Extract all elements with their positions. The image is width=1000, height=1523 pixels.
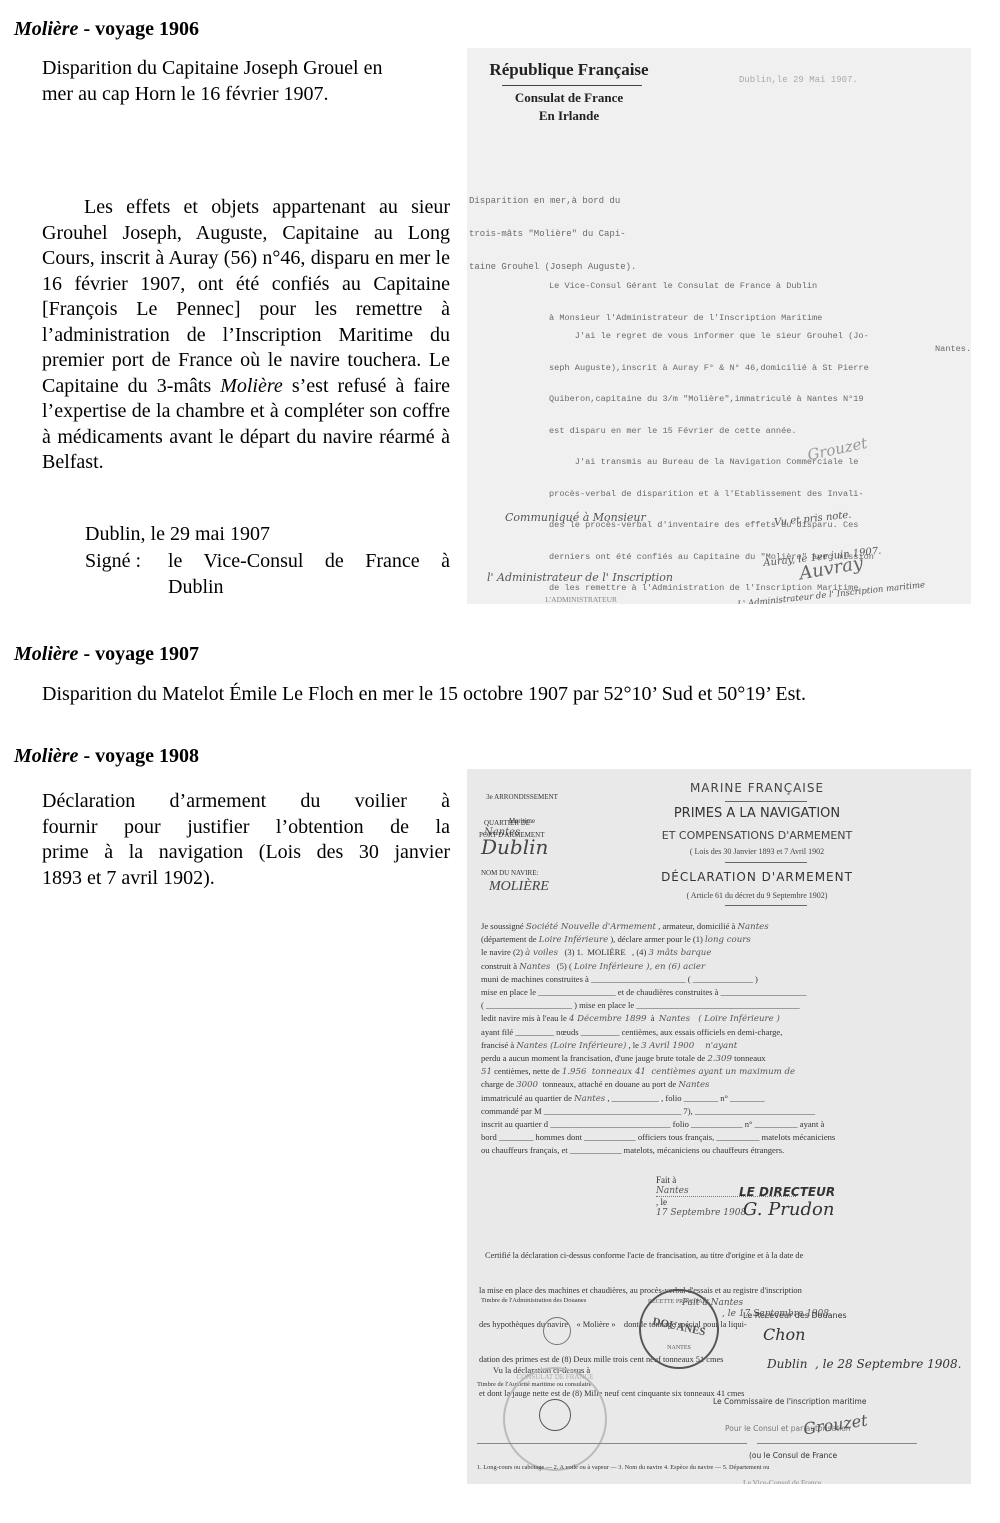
- summary-line: Disparition du Capitaine Joseph Grouel e…: [42, 56, 452, 82]
- form-handwritten-value: Loire Inférieure ), en (6) acier: [574, 962, 705, 972]
- form-printed-text: ou chauffeurs français, et ____________ …: [481, 1145, 784, 1155]
- voyage-label: - voyage 1908: [78, 745, 199, 767]
- form-line: ledit navire mis à l'eau le 4 Décembre 1…: [481, 1013, 957, 1024]
- form-title-primes: PRIMES A LA NAVIGATION: [617, 806, 897, 821]
- voyage-label: - voyage 1906: [78, 18, 199, 40]
- body-text: Les effets et objets appartenant au sieu…: [42, 196, 450, 397]
- form-decree: ( Article 61 du décret du 9 Septembre 19…: [617, 891, 897, 900]
- form-line: le navire (2) à voiles (3) 1. MOLIÈRE , …: [481, 947, 957, 958]
- summary-line: fournir pour justifier l’obtention de la: [42, 815, 450, 841]
- form-printed-text: francisé à: [481, 1040, 516, 1050]
- letterhead-title: République Française: [479, 60, 659, 80]
- section-title-1907: Molière - voyage 1907: [14, 642, 199, 666]
- ship-name: Molière: [14, 643, 78, 665]
- section-title-1908: Molière - voyage 1908: [14, 744, 199, 768]
- footnote-line: 1. Long-cours ou cabotage — 2. A voile o…: [477, 1464, 769, 1472]
- fait-le-value: 17 Septembre 1908: [656, 1208, 746, 1218]
- annotation-line: L' Administrateur de l' Inscription mari…: [737, 577, 948, 604]
- consular-letter-image: République Française Consulat de France …: [467, 48, 971, 604]
- fait-a-label: Fait à: [656, 1175, 676, 1185]
- stamp-text: CONSULAT DE FRANCE: [505, 1373, 605, 1381]
- form-handwritten-value: Nantes: [678, 1080, 709, 1090]
- administrator-stamp: L'ADMINISTRATEUR DE L'INSCRIPTION MARITI…: [529, 577, 633, 604]
- ship-value: MOLIÈRE: [489, 879, 549, 895]
- form-printed-text: construit à: [481, 961, 519, 971]
- form-handwritten-value: Nantes ( Loire Inférieure ): [659, 1014, 780, 1024]
- summary-line: Déclaration d’armement du voilier à: [42, 789, 450, 815]
- form-printed-text: tonneaux, attaché en douane au port de: [538, 1079, 678, 1089]
- ship-name-inline: Molière: [220, 375, 283, 397]
- title-rule: [725, 862, 807, 863]
- body-1906: Les effets et objets appartenant au sieu…: [42, 195, 450, 476]
- form-line: Je soussigné Société Nouvelle d'Armement…: [481, 921, 957, 932]
- ship-name: Molière: [14, 745, 78, 767]
- form-line: ayant filé _________ nœuds _________ cen…: [481, 1027, 957, 1037]
- annotation-line: Vu et pris note.: [729, 499, 940, 534]
- footnotes: 1. Long-cours ou cabotage — 2. A voile o…: [477, 1448, 769, 1484]
- form-line: mise en place le __________________ et d…: [481, 987, 957, 997]
- form-line: muni de machines construites à _________…: [481, 974, 957, 984]
- form-printed-text: , ___________ , folio ________ n° ______…: [605, 1093, 764, 1103]
- port-value: Dublin: [481, 835, 548, 859]
- form-printed-text: à: [646, 1013, 658, 1023]
- stamp-line: L'ADMINISTRATEUR: [529, 595, 633, 604]
- form-handwritten-value: 51: [481, 1067, 492, 1077]
- form-printed-text: __________________ et de chaudières cons…: [538, 987, 806, 997]
- customs-stamp-label: Timbre de l'Administration des Douanes: [481, 1297, 586, 1304]
- customs-round-stamp: RECETTE PRINCIPALE DOUANES NANTES: [639, 1289, 719, 1369]
- form-printed-text: centièmes, nette de: [492, 1066, 562, 1076]
- fait-le-label: , le: [656, 1197, 667, 1207]
- form-handwritten-value: à voiles: [525, 948, 558, 958]
- body-line: est disparu en mer le 15 Février de cett…: [549, 426, 874, 437]
- arrondissement-label: 3e ARRONDISSEMENT: [477, 793, 567, 801]
- subject-line: trois-mâts "Molière" du Capi-: [469, 229, 636, 240]
- title-rule: [725, 801, 807, 802]
- signed-text: le Vice-Consul de France à: [168, 549, 450, 575]
- commissaire-line: Le Commissaire de l'inscription maritime: [713, 1397, 866, 1406]
- body-line: J'ai le regret de vous informer que le s…: [549, 331, 874, 342]
- form-printed-text: ayant filé _________ nœuds _________ cen…: [481, 1027, 782, 1037]
- section-title-1906: Molière - voyage 1906: [14, 17, 199, 41]
- form-printed-text: tonneaux: [732, 1053, 766, 1063]
- subject-line: Disparition en mer,à bord du: [469, 196, 636, 207]
- form-line: immatriculé au quartier de Nantes , ____…: [481, 1093, 957, 1104]
- form-line: charge de 3000 tonneaux, attaché en doua…: [481, 1079, 957, 1090]
- body-line: Quiberon,capitaine du 3/m "Molière",imma…: [549, 394, 874, 405]
- form-printed-text: muni de machines construites à: [481, 974, 591, 984]
- form-handwritten-value: Nantes: [574, 1094, 605, 1104]
- form-line: ( ____________________ ) mise en place l…: [481, 1000, 957, 1010]
- summary-1908: Déclaration d’armement du voilier à four…: [42, 789, 450, 891]
- vu-place: Dublin: [767, 1357, 807, 1371]
- form-printed-text: commandé par M _________________________…: [481, 1106, 815, 1116]
- form-handwritten-value: Loire Inférieure: [539, 935, 608, 945]
- form-printed-text: bord ________ hommes dont ____________ o…: [481, 1132, 835, 1142]
- form-line: 51 centièmes, nette de 1.956 tonneaux 41…: [481, 1066, 957, 1077]
- form-printed-text: perdu a aucun moment la francisation, d'…: [481, 1053, 707, 1063]
- receveur-signature: Chon: [763, 1325, 805, 1344]
- footnote-rule: [757, 1443, 917, 1444]
- annotation-line: Communiqué à Monsieur: [487, 508, 673, 528]
- armament-declaration-image: 3e ARRONDISSEMENT Maritime QUARTIER DE N…: [467, 769, 971, 1484]
- form-printed-text: ), déclare armer pour le (1): [608, 934, 705, 944]
- certification-line: Certifié la déclaration ci-dessus confor…: [479, 1250, 803, 1262]
- form-line: bord ________ hommes dont ____________ o…: [481, 1132, 957, 1142]
- voyage-label: - voyage 1907: [78, 643, 199, 665]
- form-printed-text: (département de: [481, 934, 539, 944]
- form-printed-text: (3) 1. MOLIÈRE , (4): [558, 947, 648, 957]
- letterhead-rule: [502, 85, 642, 86]
- form-laws: ( Lois des 30 Janvier 1893 et 7 Avril 19…: [617, 847, 897, 856]
- form-handwritten-value: 1.956 tonneaux 41 centièmes ayant un max…: [562, 1067, 795, 1077]
- ship-label: NOM DU NAVIRE:: [481, 869, 538, 877]
- stamp-text: RECETTE PRINCIPALE: [641, 1299, 717, 1305]
- form-line: inscrit au quartier d __________________…: [481, 1119, 957, 1129]
- form-handwritten-value: 3 mâts barque: [649, 948, 712, 958]
- form-printed-text: le navire (2): [481, 947, 525, 957]
- form-printed-text: ______________________________________: [636, 1000, 799, 1010]
- form-handwritten-value: Nantes: [519, 962, 550, 972]
- form-printed-text: charge de: [481, 1079, 516, 1089]
- form-title-compensations: ET COMPENSATIONS D'ARMEMENT: [617, 829, 897, 842]
- form-handwritten-value: Nantes (Loire Inférieure): [516, 1041, 626, 1051]
- summary-line: 1893 et 7 avril 1902).: [42, 866, 450, 892]
- form-printed-text: ______________________ ( ______________ …: [591, 974, 758, 984]
- consular-stamp-circle: [539, 1399, 571, 1431]
- title-rule: [725, 905, 807, 906]
- signed-label: Signé :: [85, 549, 168, 575]
- form-line: (département de Loire Inférieure ), décl…: [481, 934, 957, 945]
- form-title-declaration: DÉCLARATION D'ARMEMENT: [617, 870, 897, 884]
- summary-line: prime à la navigation (Lois des 30 janvi…: [42, 840, 450, 866]
- form-line: ou chauffeurs français, et ____________ …: [481, 1145, 957, 1155]
- form-printed-text: inscrit au quartier d __________________…: [481, 1119, 824, 1129]
- form-handwritten-value: 3000: [516, 1080, 538, 1090]
- annotation-right: Vu et pris note. Auray, le 1er juin 1907…: [726, 473, 955, 604]
- place-date-1906: Dublin, le 29 mai 1907: [85, 522, 455, 548]
- signed-text-cont: Dublin: [85, 575, 450, 601]
- vu-date: , le 28 Septembre 1908.: [815, 1357, 961, 1371]
- letter-date: Dublin,le 29 Mai 1907.: [739, 75, 858, 85]
- form-printed-text: , le: [626, 1040, 641, 1050]
- form-handwritten-value: 3 Avril 1900 n'ayant: [641, 1041, 737, 1051]
- certification-line: dation des primes est de (8) Deux mille …: [479, 1354, 803, 1366]
- form-line: construit à Nantes (5) ( Loire Inférieur…: [481, 961, 957, 972]
- summary-line: mer au cap Horn le 16 février 1907.: [42, 82, 452, 108]
- form-handwritten-value: 2.309: [707, 1054, 732, 1064]
- director-signature: G. Prudon: [743, 1199, 834, 1220]
- form-handwritten-value: 4 Décembre 1899: [569, 1014, 647, 1024]
- form-title-marine: MARINE FRANÇAISE: [617, 781, 897, 795]
- summary-1906: Disparition du Capitaine Joseph Grouel e…: [42, 56, 452, 107]
- form-printed-text: ledit navire mis à l'eau le: [481, 1013, 569, 1023]
- form-printed-text: immatriculé au quartier de: [481, 1093, 574, 1103]
- footnote-rule: [477, 1443, 747, 1444]
- stamp-text: DOUANES: [641, 1313, 718, 1341]
- director-label: LE DIRECTEUR: [739, 1185, 835, 1199]
- form-printed-text: ( ____________________ ) mise en place l…: [481, 1000, 636, 1010]
- signature-block-1906: Signé : le Vice-Consul de France à Dubli…: [85, 549, 450, 600]
- form-printed-text: (5) (: [550, 961, 574, 971]
- body-line: seph Auguste),inscrit à Auray F° & N° 46…: [549, 363, 874, 374]
- ship-name: Molière: [14, 18, 78, 40]
- receveur-label: Le Receveur des Douanes: [743, 1311, 847, 1320]
- address-line: Le Vice-Consul Gérant le Consulat de Fra…: [549, 281, 971, 292]
- summary-1907: Disparition du Matelot Émile Le Floch en…: [42, 682, 992, 708]
- form-printed-text: mise en place le: [481, 987, 538, 997]
- letterhead-country: En Irlande: [479, 108, 659, 124]
- quartier-label: QUARTIER DE: [484, 819, 530, 827]
- stamp-text: NANTES: [641, 1345, 717, 1351]
- form-line: commandé par M _________________________…: [481, 1106, 957, 1116]
- form-printed-text: , armateur, domicilié à: [656, 921, 738, 931]
- form-handwritten-value: Nantes: [738, 922, 769, 932]
- form-line: francisé à Nantes (Loire Inférieure) , l…: [481, 1040, 957, 1051]
- form-line: perdu a aucun moment la francisation, d'…: [481, 1053, 957, 1064]
- form-printed-text: Je soussigné: [481, 921, 526, 931]
- letterhead-consulate: Consulat de France: [479, 90, 659, 106]
- form-handwritten-value: long cours: [705, 935, 751, 945]
- customs-stamp-circle: [543, 1317, 571, 1345]
- form-handwritten-value: Société Nouvelle d'Armement: [526, 922, 656, 932]
